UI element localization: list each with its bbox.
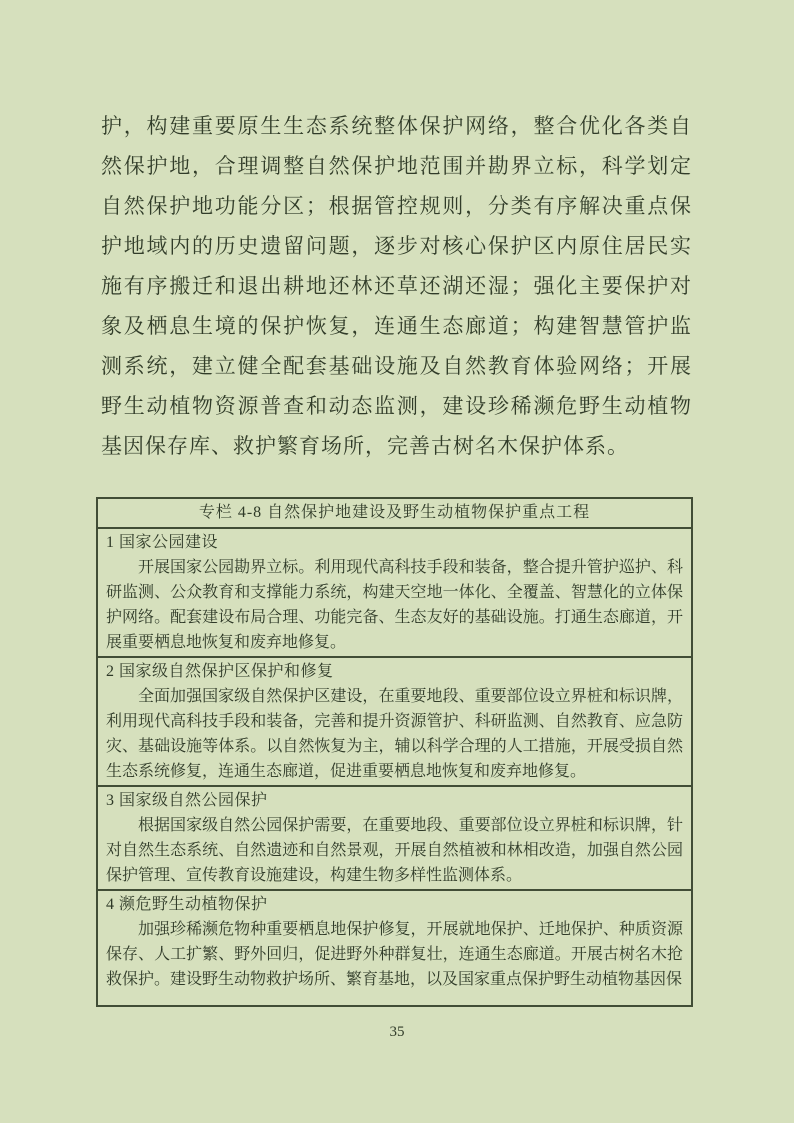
box-section-nature-reserve: 2 国家级自然保护区保护和修复 全面加强国家级自然保护区建设，在重要地段、重要部… [98, 658, 691, 787]
section-3-body: 根据国家级自然公园保护需要，在重要地段、重要部位设立界桩和标识牌，针对自然生态系… [106, 813, 683, 888]
document-page: 护，构建重要原生生态系统整体保护网络，整合优化各类自然保护地，合理调整自然保护地… [0, 0, 794, 1123]
feature-box: 专栏 4-8 自然保护地建设及野生动植物保护重点工程 1 国家公园建设 开展国家… [96, 497, 693, 1007]
section-4-body: 加强珍稀濒危物种重要栖息地保护修复，开展就地保护、迁地保护、种质资源保存、人工扩… [106, 917, 683, 992]
section-3-heading: 3 国家级自然公园保护 [106, 788, 683, 813]
section-1-heading: 1 国家公园建设 [106, 530, 683, 555]
feature-box-title: 专栏 4-8 自然保护地建设及野生动植物保护重点工程 [98, 499, 691, 529]
section-1-body: 开展国家公园勘界立标。利用现代高科技手段和装备，整合提升管护巡护、科研监测、公众… [106, 555, 683, 655]
box-section-national-park: 1 国家公园建设 开展国家公园勘界立标。利用现代高科技手段和装备，整合提升管护巡… [98, 529, 691, 658]
section-2-heading: 2 国家级自然保护区保护和修复 [106, 659, 683, 684]
box-section-endangered-wildlife: 4 濒危野生动植物保护 加强珍稀濒危物种重要栖息地保护修复，开展就地保护、迁地保… [98, 891, 691, 993]
section-4-heading: 4 濒危野生动植物保护 [106, 892, 683, 917]
page-number: 35 [0, 1024, 794, 1041]
section-2-body: 全面加强国家级自然保护区建设，在重要地段、重要部位设立界桩和标识牌，利用现代高科… [106, 684, 683, 784]
box-section-natural-park: 3 国家级自然公园保护 根据国家级自然公园保护需要，在重要地段、重要部位设立界桩… [98, 787, 691, 891]
main-paragraph: 护，构建重要原生生态系统整体保护网络，整合优化各类自然保护地，合理调整自然保护地… [101, 106, 692, 466]
